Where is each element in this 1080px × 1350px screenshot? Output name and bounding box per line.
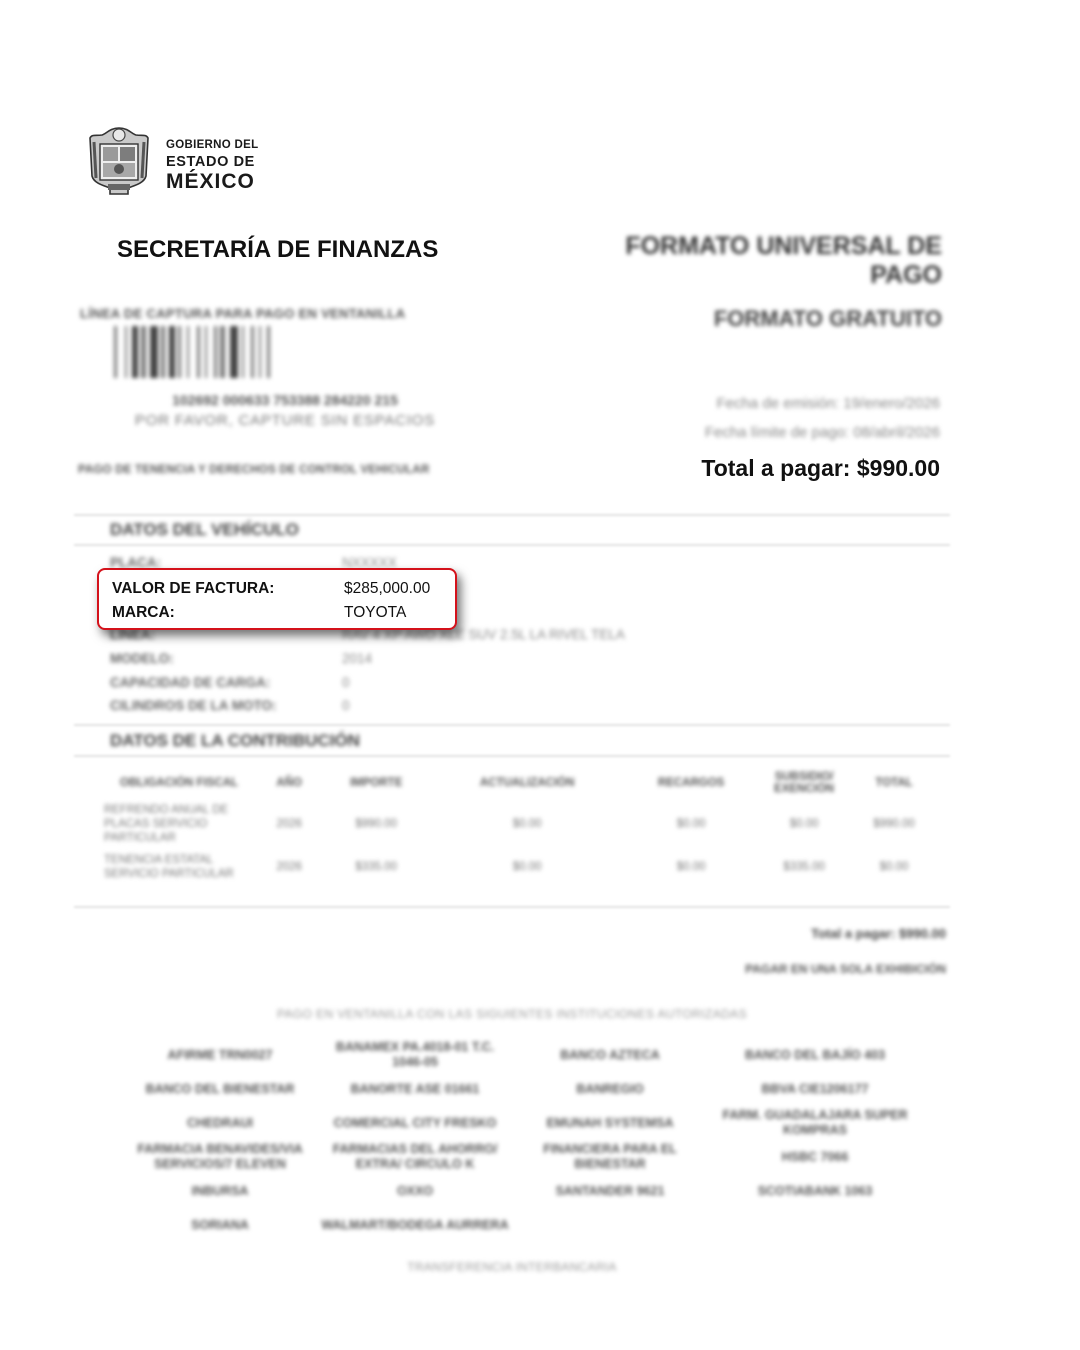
bank-item: HSBC 7066 (710, 1142, 920, 1172)
bank-item (510, 1210, 710, 1240)
divider (74, 544, 950, 546)
gov-line2: ESTADO DE (166, 155, 258, 170)
bank-item: FARMACIAS DEL AHORRO/ EXTRA/ CIRCULO K (320, 1142, 510, 1172)
bank-item: BANREGIO (510, 1074, 710, 1104)
bank-item: FARMACIA BENAVIDES/VIA SERVICIOS/7 ELEVE… (120, 1142, 320, 1172)
issue-date: Fecha de emisión: 19/enero/2026 (705, 389, 940, 418)
bank-item: COMERCIAL CITY FRESKO (320, 1108, 510, 1138)
divider (74, 755, 950, 757)
dates-block: Fecha de emisión: 19/enero/2026 Fecha lí… (705, 389, 940, 447)
secretaria-title: SECRETARÍA DE FINANZAS (117, 236, 438, 264)
format-title: FORMATO UNIVERSAL DE PAGO (582, 232, 942, 290)
divider (74, 514, 950, 516)
divider (74, 906, 950, 908)
bank-item: BANORTE ASE 01661 (320, 1074, 510, 1104)
contribution-section-title: DATOS DE LA CONTRIBUCIÓN (110, 731, 360, 751)
bank-item: BANCO DEL BIENESTAR (120, 1074, 320, 1104)
table-row: TENENCIA ESTATAL SERVICIO PARTICULAR 202… (100, 846, 940, 888)
banks-title: PAGO EN VENTANILLA CON LAS SIGUIENTES IN… (0, 1007, 1024, 1021)
capture-line-label: LÍNEA DE CAPTURA PARA PAGO EN VENTANILLA (80, 306, 405, 321)
barcode (110, 326, 436, 378)
format-free-label: FORMATO GRATUITO (714, 306, 942, 332)
divider (74, 724, 950, 726)
bank-item: AFIRME TRN0027 (120, 1040, 320, 1070)
bank-item (710, 1210, 920, 1240)
bank-item: WALMART/BODEGA AURRERA (320, 1210, 510, 1240)
total-to-pay: Total a pagar: $990.00 (701, 455, 940, 482)
bank-item: OXXO (320, 1176, 510, 1206)
vehicle-row-capacidad: CAPACIDAD DE CARGA: 0 (110, 675, 710, 690)
footer-total: Total a pagar: $990.00 (811, 926, 946, 941)
gov-line1: GOBIERNO DEL (166, 140, 258, 152)
contribution-table: OBLIGACIÓN FISCAL AÑO IMPORTE ACTUALIZAC… (100, 764, 940, 888)
capture-line-number: 102692 000633 753388 284220 215 (80, 392, 490, 408)
bank-item: BANAMEX PA.4018-01 T.C. 1046-05 (320, 1040, 510, 1070)
bank-item: BANCO DEL BAJÍO 403 (710, 1040, 920, 1070)
brand-label: MARCA: (112, 604, 175, 621)
bank-item: INBURSA (120, 1176, 320, 1206)
bank-item: SANTANDER 9621 (510, 1176, 710, 1206)
coat-of-arms-icon (88, 126, 150, 196)
bank-item: FINANCIERA PARA EL BIENESTAR (510, 1142, 710, 1172)
bank-item: BBVA CIE1206177 (710, 1074, 920, 1104)
brand-value: TOYOTA (344, 604, 406, 622)
invoice-value: $285,000.00 (344, 580, 430, 598)
table-header-row: OBLIGACIÓN FISCAL AÑO IMPORTE ACTUALIZAC… (100, 764, 940, 802)
government-logo: GOBIERNO DEL ESTADO DE MÉXICO (88, 126, 268, 198)
banks-grid: AFIRME TRN0027BANAMEX PA.4018-01 T.C. 10… (120, 1040, 920, 1240)
bank-item: BANCO AZTECA (510, 1040, 710, 1070)
vehicle-row-modelo: MODELO: 2014 (110, 651, 710, 666)
gov-line3: MÉXICO (166, 171, 258, 192)
brand-row: MARCA: TOYOTA (112, 604, 175, 622)
due-date: Fecha límite de pago: 08/abril/2026 (705, 418, 940, 447)
pay-once-note: PAGAR EN UNA SOLA EXHIBICIÓN (745, 962, 946, 976)
highlighted-vehicle-info: VALOR DE FACTURA: $285,000.00 MARCA: TOY… (97, 568, 457, 630)
invoice-value-row: VALOR DE FACTURA: $285,000.00 (112, 580, 274, 598)
vehicle-row-cilindros: CILINDROS DE LA MOTO: 0 (110, 698, 710, 713)
vehicle-section-title: DATOS DEL VEHÍCULO (110, 520, 299, 540)
capture-note: POR FAVOR, CAPTURE SIN ESPACIOS (80, 412, 490, 429)
bank-item: CHEDRAUI (120, 1108, 320, 1138)
bank-item: SORIANA (120, 1210, 320, 1240)
invoice-value-label: VALOR DE FACTURA: (112, 580, 274, 597)
payment-concept: PAGO DE TENENCIA Y DERECHOS DE CONTROL V… (78, 464, 429, 476)
interbank-transfer: TRANSFERENCIA INTERBANCARIA (0, 1260, 1024, 1274)
bank-item: FARM. GUADALAJARA SUPER KOMPRAS (710, 1108, 920, 1138)
table-row: REFRENDO ANUAL DE PLACAS SERVICIO PARTIC… (100, 802, 940, 846)
bank-item: SCOTIABANK 1063 (710, 1176, 920, 1206)
bank-item: EMUNAH SYSTEMSA (510, 1108, 710, 1138)
